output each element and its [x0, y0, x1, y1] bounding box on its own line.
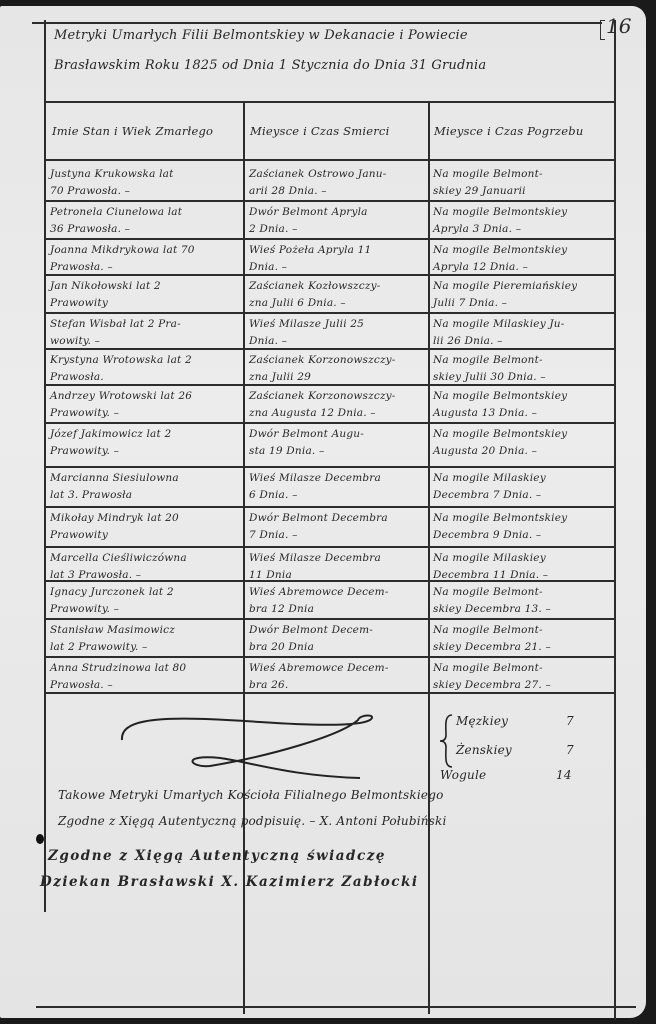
cell-death: 7 Dnia. – [249, 524, 298, 546]
cell-name: Prawowity [50, 292, 108, 314]
total-label: Wogule [440, 768, 486, 782]
cell-name: 70 Prawosła. – [50, 180, 130, 202]
cell-death: sta 19 Dnia. – [249, 440, 324, 462]
frame-bottom-rule [36, 1006, 636, 1008]
title-line-2: Brasławskim Roku 1825 od Dnia 1 Stycznia… [54, 58, 486, 73]
cell-name: lat 2 Prawowity. – [50, 636, 147, 658]
cell-death: zna Julii 6 Dnia. – [249, 292, 346, 314]
page-number: 16 [606, 14, 631, 38]
cell-death: 2 Dnia. – [249, 218, 298, 240]
cell-death: 6 Dnia. – [249, 484, 298, 506]
certification-line-1: Zgodne z Xięgą Autentyczną świadczę [48, 848, 386, 864]
female-count: 7 [566, 743, 574, 757]
cell-burial: skiey Decembra 13. – [433, 598, 551, 620]
cell-burial: skiey Decembra 21. – [433, 636, 551, 658]
cell-burial: Apryla 3 Dnia. – [433, 218, 521, 240]
column-header-name: Imie Stan i Wiek Zmarłego [52, 124, 213, 138]
column-header-death: Mieysce i Czas Smierci [250, 124, 389, 138]
total-count: 14 [556, 768, 572, 782]
cell-death: bra 12 Dnia [249, 598, 314, 620]
cell-death: arii 28 Dnia. – [249, 180, 327, 202]
cell-name: Prawowity. – [50, 402, 119, 424]
column-header-burial: Mieysce i Czas Pogrzebu [434, 124, 583, 138]
title-divider [44, 101, 614, 103]
cell-burial: Augusta 13 Dnia. – [433, 402, 537, 424]
cell-name: Prawowity [50, 524, 108, 546]
ink-blot [36, 834, 44, 844]
cell-name: lat 3. Prawosła [50, 484, 132, 506]
cell-burial: Decembra 9 Dnia. – [433, 524, 541, 546]
male-label: Męzkiey [456, 714, 508, 728]
cell-name: 36 Prawosła. – [50, 218, 130, 240]
closing-flourish [110, 706, 390, 786]
register-page: 16 Metryki Umarłych Filii Belmontskiey w… [0, 6, 646, 1018]
header-divider [44, 159, 614, 161]
female-label: Żenskiey [456, 743, 512, 757]
attestation-line-2: Zgodne z Xięgą Autentyczną podpisuię. – … [58, 814, 447, 828]
row-divider [44, 692, 614, 694]
male-count: 7 [566, 714, 574, 728]
frame-right-rule [614, 20, 616, 1020]
cell-name: Prawowity. – [50, 440, 119, 462]
frame-top-rule [32, 22, 602, 24]
cell-death: bra 20 Dnia [249, 636, 314, 658]
curly-brace-icon [438, 713, 454, 769]
cell-name: Prawowity. – [50, 598, 119, 620]
dean-signature: Dziekan Brasławski X. Kazimierz Zabłocki [40, 874, 419, 890]
cell-burial: Augusta 20 Dnia. – [433, 440, 537, 462]
cell-burial: skiey 29 Januarii [433, 180, 526, 202]
cell-burial: Julii 7 Dnia. – [433, 292, 507, 314]
cell-death: zna Augusta 12 Dnia. – [249, 402, 376, 424]
attestation-line-1: Takowe Metryki Umarłych Kościoła Filialn… [58, 788, 444, 802]
cell-burial: Decembra 7 Dnia. – [433, 484, 541, 506]
title-line-1: Metryki Umarłych Filii Belmontskiey w De… [54, 28, 468, 43]
